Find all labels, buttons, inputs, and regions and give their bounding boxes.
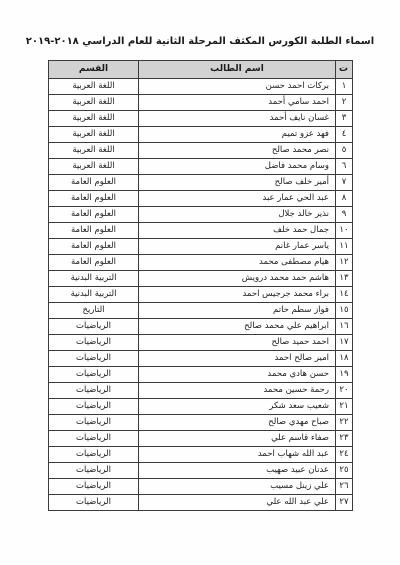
table-row: ٤ فهد عزو تميم اللغة العربية	[49, 127, 353, 143]
department-cell: الرياضيات	[49, 367, 139, 383]
row-number-cell: ١٢	[336, 255, 353, 271]
table-row: ٢٣ صفاء قاسم علي الرياضيات	[49, 431, 353, 447]
student-name-cell: جمال حمد خلف	[139, 223, 336, 239]
table-row: ٦ وسام محمد فاضل اللغة العربية	[49, 159, 353, 175]
student-name-cell: عدنان عبيد صهيب	[139, 463, 336, 479]
row-number-cell: ٥	[336, 143, 353, 159]
department-cell: اللغة العربية	[49, 143, 139, 159]
row-number-cell: ١٣	[336, 271, 353, 287]
department-cell: اللغة العربية	[49, 127, 139, 143]
header-cell-number: ت	[336, 61, 353, 79]
student-name-cell: هاشم حمد محمد درويش	[139, 271, 336, 287]
header-cell-department: القسم	[49, 61, 139, 79]
row-number-cell: ١٤	[336, 287, 353, 303]
table-row: ١٢ هيام مصطفى محمد العلوم العامة	[49, 255, 353, 271]
table-row: ٢٢ صباح مهدي صالح الرياضيات	[49, 415, 353, 431]
department-cell: العلوم العامة	[49, 191, 139, 207]
department-cell: العلوم العامة	[49, 223, 139, 239]
department-cell: الرياضيات	[49, 463, 139, 479]
row-number-cell: ١٥	[336, 303, 353, 319]
department-cell: الرياضيات	[49, 415, 139, 431]
row-number-cell: ٢٥	[336, 463, 353, 479]
student-name-cell: غسان نايف أحمد	[139, 111, 336, 127]
row-number-cell: ٢٧	[336, 495, 353, 511]
department-cell: الرياضيات	[49, 399, 139, 415]
row-number-cell: ٢١	[336, 399, 353, 415]
student-table-body: ١ بركات احمد حسن اللغة العربية ٢ احمد سا…	[49, 79, 353, 511]
student-name-cell: امير صالح احمد	[139, 351, 336, 367]
row-number-cell: ٢٣	[336, 431, 353, 447]
department-cell: التربية البدنية	[49, 271, 139, 287]
table-row: ٣ غسان نايف أحمد اللغة العربية	[49, 111, 353, 127]
row-number-cell: ٧	[336, 175, 353, 191]
department-cell: اللغة العربية	[49, 159, 139, 175]
student-name-cell: احمد حميد صالح	[139, 335, 336, 351]
table-row: ١ بركات احمد حسن اللغة العربية	[49, 79, 353, 95]
table-row: ١٨ امير صالح احمد الرياضيات	[49, 351, 353, 367]
row-number-cell: ٢٢	[336, 415, 353, 431]
table-row: ٢٠ رحمة حسين محمد الرياضيات	[49, 383, 353, 399]
table-row: ٢٧ علي عبد الله علي الرياضيات	[49, 495, 353, 511]
student-name-cell: عبد الحي عمار عبد	[139, 191, 336, 207]
department-cell: التاريخ	[49, 303, 139, 319]
student-name-cell: شعيب سعد شكر	[139, 399, 336, 415]
department-cell: العلوم العامة	[49, 239, 139, 255]
student-name-cell: صفاء قاسم علي	[139, 431, 336, 447]
department-cell: الرياضيات	[49, 335, 139, 351]
student-name-cell: ابراهيم علي محمد صالح	[139, 319, 336, 335]
table-row: ٢ احمد سامي أحمد اللغة العربية	[49, 95, 353, 111]
department-cell: الرياضيات	[49, 431, 139, 447]
table-row: ١٠ جمال حمد خلف العلوم العامة	[49, 223, 353, 239]
department-cell: اللغة العربية	[49, 79, 139, 95]
row-number-cell: ٦	[336, 159, 353, 175]
table-row: ٨ عبد الحي عمار عبد العلوم العامة	[49, 191, 353, 207]
row-number-cell: ٢٦	[336, 479, 353, 495]
student-name-cell: براء محمد جرجيس احمد	[139, 287, 336, 303]
table-row: ٩ نذير خالد جلال العلوم العامة	[49, 207, 353, 223]
student-name-cell: أمير خلف صالح	[139, 175, 336, 191]
row-number-cell: ٣	[336, 111, 353, 127]
student-list-table: ت اسم الطالب القسم ١ بركات احمد حسن اللغ…	[48, 60, 353, 511]
row-number-cell: ١٠	[336, 223, 353, 239]
row-number-cell: ٢٤	[336, 447, 353, 463]
table-header: ت اسم الطالب القسم	[49, 61, 353, 79]
student-name-cell: وسام محمد فاضل	[139, 159, 336, 175]
row-number-cell: ٨	[336, 191, 353, 207]
department-cell: الرياضيات	[49, 319, 139, 335]
table-row: ٥ نصر محمد صالح اللغة العربية	[49, 143, 353, 159]
row-number-cell: ١٧	[336, 335, 353, 351]
table-row: ٢٥ عدنان عبيد صهيب الرياضيات	[49, 463, 353, 479]
header-cell-student-name: اسم الطالب	[139, 61, 336, 79]
department-cell: العلوم العامة	[49, 175, 139, 191]
department-cell: العلوم العامة	[49, 255, 139, 271]
table-row: ٢٦ علي زينل مسيب الرياضيات	[49, 479, 353, 495]
table-row: ١٩ حسن هادي محمد الرياضيات	[49, 367, 353, 383]
student-name-cell: رحمة حسين محمد	[139, 383, 336, 399]
student-name-cell: فهد عزو تميم	[139, 127, 336, 143]
table-row: ٧ أمير خلف صالح العلوم العامة	[49, 175, 353, 191]
table-row: ١٣ هاشم حمد محمد درويش التربية البدنية	[49, 271, 353, 287]
student-name-cell: عبد الله شهاب احمد	[139, 447, 336, 463]
table-row: ٢١ شعيب سعد شكر الرياضيات	[49, 399, 353, 415]
row-number-cell: ١٩	[336, 367, 353, 383]
student-name-cell: نذير خالد جلال	[139, 207, 336, 223]
department-cell: الرياضيات	[49, 447, 139, 463]
row-number-cell: ٩	[336, 207, 353, 223]
row-number-cell: ١٦	[336, 319, 353, 335]
student-name-cell: بركات احمد حسن	[139, 79, 336, 95]
student-name-cell: ياسر عمار غانم	[139, 239, 336, 255]
table-row: ١٥ فواز سطم حاتم التاريخ	[49, 303, 353, 319]
department-cell: اللغة العربية	[49, 95, 139, 111]
scanned-document-page: اسماء الطلبة الكورس المكثف المرحلة الثان…	[0, 0, 400, 565]
row-number-cell: ٢٠	[336, 383, 353, 399]
department-cell: الرياضيات	[49, 495, 139, 511]
header-row: ت اسم الطالب القسم	[49, 61, 353, 79]
row-number-cell: ١	[336, 79, 353, 95]
student-name-cell: نصر محمد صالح	[139, 143, 336, 159]
table-row: ١٤ براء محمد جرجيس احمد التربية البدنية	[49, 287, 353, 303]
student-name-cell: فواز سطم حاتم	[139, 303, 336, 319]
table-row: ١١ ياسر عمار غانم العلوم العامة	[49, 239, 353, 255]
row-number-cell: ١٨	[336, 351, 353, 367]
student-name-cell: صباح مهدي صالح	[139, 415, 336, 431]
row-number-cell: ١١	[336, 239, 353, 255]
student-name-cell: حسن هادي محمد	[139, 367, 336, 383]
row-number-cell: ٤	[336, 127, 353, 143]
table-row: ٢٤ عبد الله شهاب احمد الرياضيات	[49, 447, 353, 463]
table-row: ١٧ احمد حميد صالح الرياضيات	[49, 335, 353, 351]
department-cell: اللغة العربية	[49, 111, 139, 127]
student-name-cell: احمد سامي أحمد	[139, 95, 336, 111]
table-row: ١٦ ابراهيم علي محمد صالح الرياضيات	[49, 319, 353, 335]
row-number-cell: ٢	[336, 95, 353, 111]
student-name-cell: هيام مصطفى محمد	[139, 255, 336, 271]
department-cell: التربية البدنية	[49, 287, 139, 303]
document-title: اسماء الطلبة الكورس المكثف المرحلة الثان…	[0, 36, 400, 47]
student-name-cell: علي زينل مسيب	[139, 479, 336, 495]
department-cell: الرياضيات	[49, 351, 139, 367]
department-cell: الرياضيات	[49, 479, 139, 495]
student-name-cell: علي عبد الله علي	[139, 495, 336, 511]
department-cell: العلوم العامة	[49, 207, 139, 223]
department-cell: الرياضيات	[49, 383, 139, 399]
